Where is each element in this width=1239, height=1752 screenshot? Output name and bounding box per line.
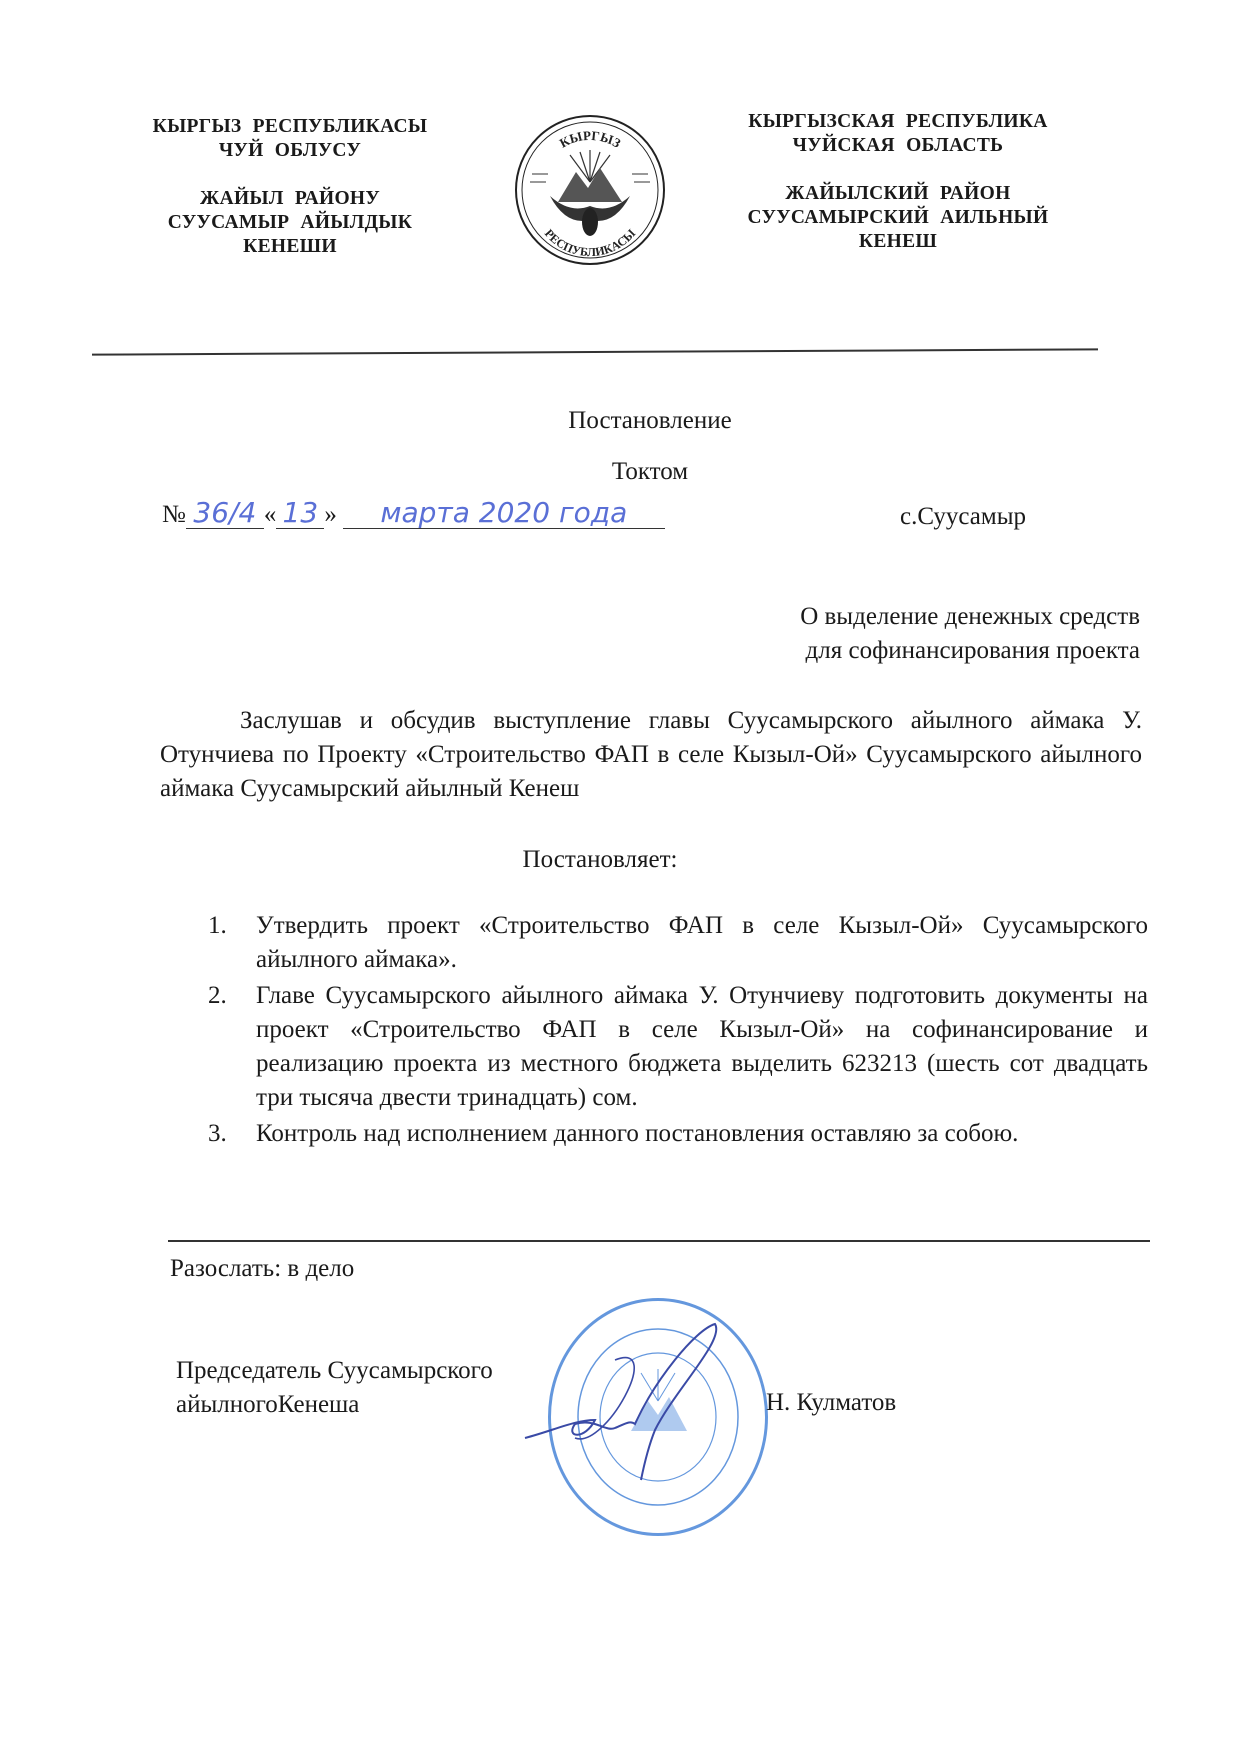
subject-line: для софинансирования проекта <box>600 634 1140 668</box>
item-text: Контроль над исполнением данного постано… <box>256 1120 1018 1147</box>
resolution-month-year: марта 2020 года <box>343 498 665 529</box>
signatory-position: Председатель Суусамырского айылногоКенеш… <box>176 1354 493 1422</box>
signatory-name: Н. Кулматов <box>766 1386 896 1420</box>
preamble-text: Заслушав и обсудив выступление главы Суу… <box>160 707 1142 802</box>
distribution: Разослать: в дело <box>170 1252 354 1286</box>
header-right-block: КЫРГЫЗСКАЯ РЕСПУБЛИКА ЧУЙСКАЯ ОБЛАСТЬ ЖА… <box>708 110 1088 254</box>
header-left-line: КЕНЕШИ <box>110 235 470 259</box>
svg-text:КЫРГЫЗ: КЫРГЫЗ <box>557 128 624 151</box>
doc-title-ky: Токтом <box>450 455 850 489</box>
place: с.Суусамыр <box>900 500 1026 534</box>
item-text: Главе Суусамырского айылного аймака У. О… <box>256 982 1148 1111</box>
header-right-line: КЕНЕШ <box>708 230 1088 254</box>
state-emblem-icon: КЫРГЫЗ РЕСПУБЛИКАСЫ <box>510 110 670 270</box>
header-left-block: КЫРГЫЗ РЕСПУБЛИКАСЫ ЧУЙ ОБЛУСУ ЖАЙЫЛ РАЙ… <box>110 115 470 259</box>
header-right-line: КЫРГЫЗСКАЯ РЕСПУБЛИКА <box>708 110 1088 134</box>
header-left-line: КЫРГЫЗ РЕСПУБЛИКАСЫ <box>110 115 470 139</box>
header-spacer <box>708 158 1088 182</box>
resolves-heading: Постановляет: <box>400 843 800 877</box>
header-divider <box>92 348 1098 355</box>
header-right-line: ЖАЙЫЛСКИЙ РАЙОН <box>708 182 1088 206</box>
list-item: 2.Главе Суусамырского айылного аймака У.… <box>208 979 1148 1115</box>
resolution-number: 36/4 <box>186 498 264 529</box>
footer-divider <box>168 1240 1150 1242</box>
item-text: Утвердить проект «Строительство ФАП в се… <box>256 912 1148 973</box>
list-item: 1.Утвердить проект «Строительство ФАП в … <box>208 909 1148 977</box>
subject-line: О выделение денежных средств <box>600 600 1140 634</box>
signature-icon <box>515 1320 755 1490</box>
doc-title-ru: Постановление <box>450 404 850 438</box>
position-line: Председатель Суусамырского <box>176 1354 493 1388</box>
header-left-line: ЧУЙ ОБЛУСУ <box>110 139 470 163</box>
position-line: айылногоКенеша <box>176 1388 493 1422</box>
header-right-line: ЧУЙСКАЯ ОБЛАСТЬ <box>708 134 1088 158</box>
header-right-line: СУУСАМЫРСКИЙ АИЛЬНЫЙ <box>708 206 1088 230</box>
list-item: 3.Контроль над исполнением данного поста… <box>208 1117 1148 1151</box>
header-left-line: ЖАЙЫЛ РАЙОНУ <box>110 187 470 211</box>
resolution-day: 13 <box>276 498 324 529</box>
quote-open: « <box>264 501 277 528</box>
reference-line: №36/4«13»марта 2020 года <box>162 498 665 532</box>
resolution-items: 1.Утвердить проект «Строительство ФАП в … <box>208 909 1148 1151</box>
subject-block: О выделение денежных средств для софинан… <box>600 600 1140 668</box>
preamble: Заслушав и обсудив выступление главы Суу… <box>160 704 1142 806</box>
quote-close: » <box>324 501 337 528</box>
header-left-line: СУУСАМЫР АЙЫЛДЫК <box>110 211 470 235</box>
number-sign: № <box>162 501 186 528</box>
header-spacer <box>110 163 470 187</box>
